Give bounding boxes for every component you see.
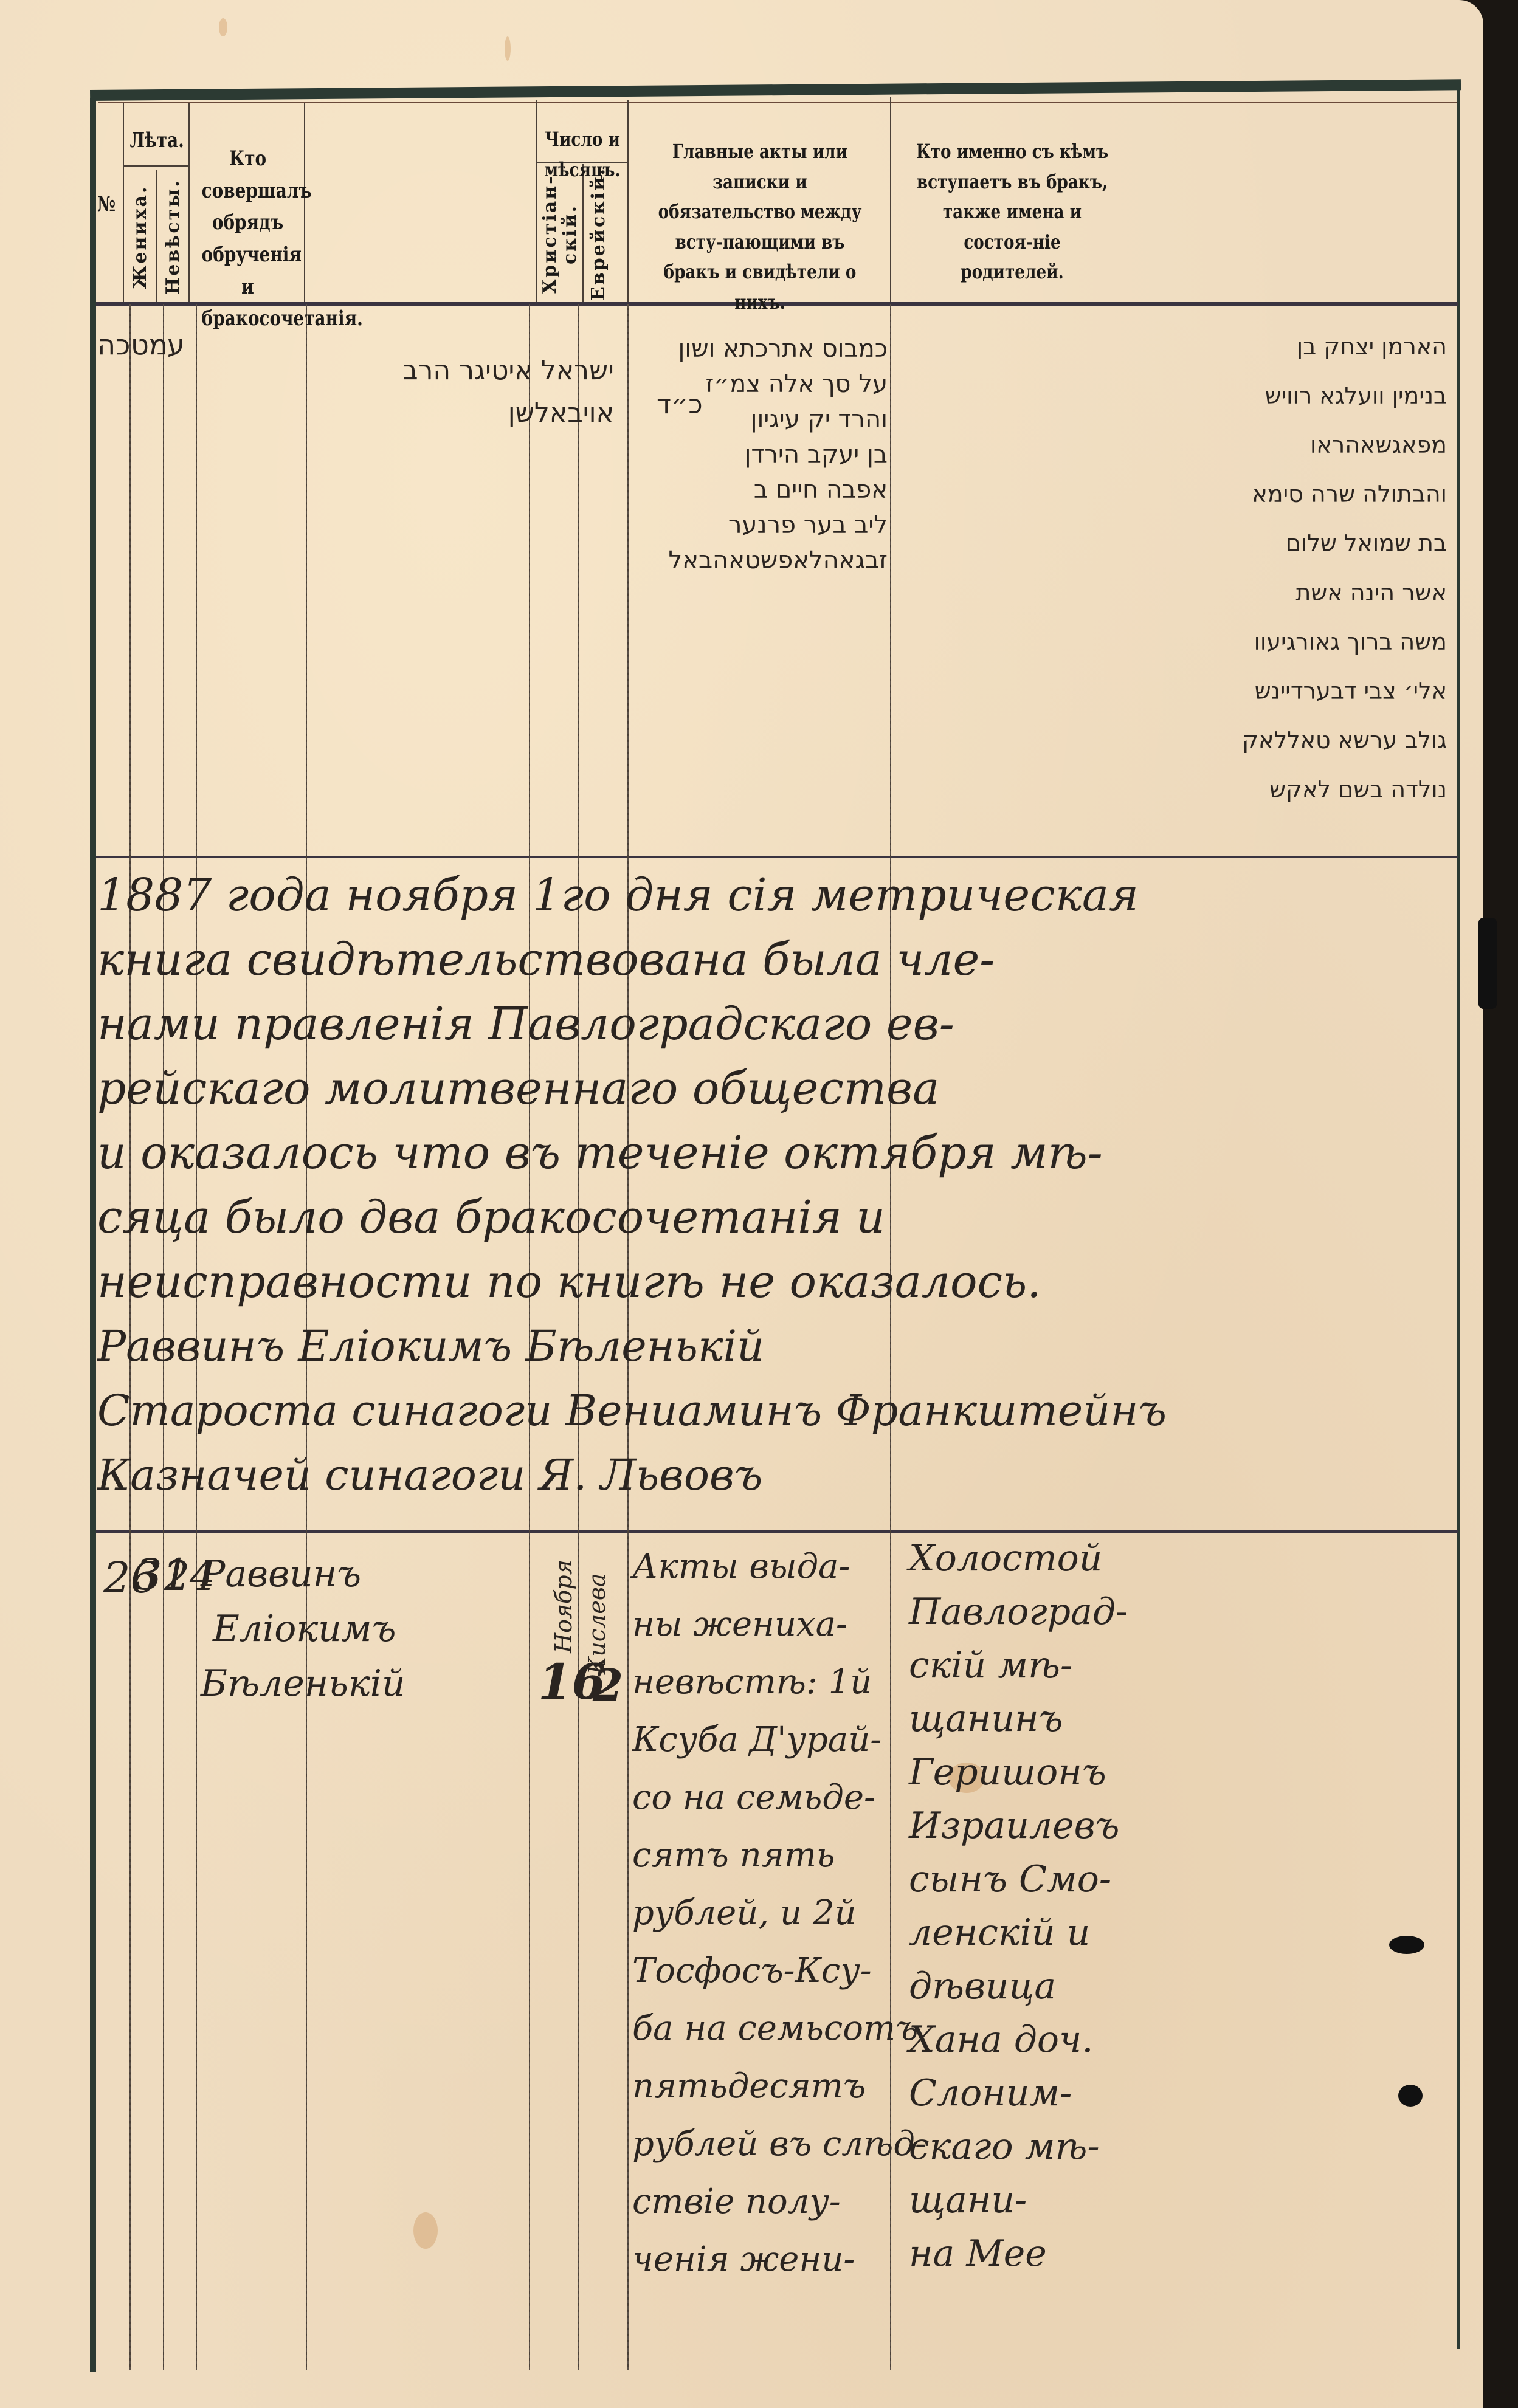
cert-line: неисправности по книгѣ не оказалось. xyxy=(97,1250,1453,1314)
cert-line: рейскаго молитвеннаго общества xyxy=(97,1056,1453,1121)
entry2-date-christian-month: Ноября xyxy=(550,1538,577,1653)
header-ages-bride: Невѣсты. xyxy=(163,176,187,298)
entry-divider-1 xyxy=(96,856,1458,858)
signature-treasurer: Казначей синагоги Я. Львовъ xyxy=(97,1443,1453,1507)
header-acts: Главные акты или записки и обязательство… xyxy=(655,137,864,318)
entry1-acts: כמבוס אתרכתא ושון על סך אלה צמ״ז והרד יק… xyxy=(717,331,888,578)
cert-line: сяца было два бракосочетанія и xyxy=(97,1185,1453,1250)
entry2-date-jewish-month: Кислева xyxy=(584,1535,610,1674)
torn-edge xyxy=(1478,918,1497,1009)
certification-note: 1887 года ноября 1го дня сія метрическая… xyxy=(97,863,1453,1507)
entry1-date-jewish: כ״ד xyxy=(657,389,703,420)
entry2-acts: Акты выда- ны жениха- невѣстѣ: 1й Ксуба … xyxy=(632,1538,888,2288)
right-border xyxy=(1457,88,1460,2349)
cert-line: книга свидѣтельствована была чле- xyxy=(97,927,1453,992)
header-date-jewish: Еврейскій. xyxy=(588,167,619,301)
left-border xyxy=(90,98,96,2372)
cert-line: нами правленія Павлоградскаго ев- xyxy=(97,992,1453,1056)
header-ages-groom: Жениха. xyxy=(130,176,154,298)
entry1-groom-age: מט xyxy=(131,328,168,361)
header-officiant: Кто совершалъ обрядъ обрученія и бракосо… xyxy=(202,143,294,335)
signature-warden: Староста синагоги Вениаминъ Франкштейнъ xyxy=(97,1378,1453,1443)
paper-hole xyxy=(1389,1936,1424,1954)
entry1-number: כה xyxy=(97,328,130,361)
cert-line: и оказалось что въ теченіе октября мѣ- xyxy=(97,1121,1453,1185)
top-rule xyxy=(90,79,1461,101)
entry2-officiant: Раввинъ Еліокимъ Бѣленькій xyxy=(201,1547,529,1711)
register-page: № Лѣта. Жениха. Невѣсты. Кто совершалъ о… xyxy=(0,0,1483,2408)
entry1-parties: הארמן יצחק בן בנימין וועלגא רוויש מפאגשא… xyxy=(1143,322,1447,814)
paper-hole xyxy=(1398,2085,1423,2107)
header-parties: Кто именно съ кѣмъ вступаетъ въ бракъ, т… xyxy=(915,137,1109,287)
header-date-christian: Христіан-скій. xyxy=(540,167,579,301)
top-thin-rule xyxy=(98,102,1457,103)
cert-line: 1887 года ноября 1го дня сія метрическая xyxy=(97,863,1453,927)
header-ages: Лѣта. xyxy=(130,125,183,157)
entry1-officiant: ישראל איטיגר הרב אויבאלשן xyxy=(310,349,614,435)
header-number: № xyxy=(93,188,120,221)
entry1-bride-age: ע xyxy=(167,328,185,361)
entry2-parties: Холостой Павлоград- скій мѣ- щанинъ Гери… xyxy=(909,1532,1456,2280)
signature-rabbi: Раввинъ Еліокимъ Бѣленькій xyxy=(97,1314,1453,1378)
